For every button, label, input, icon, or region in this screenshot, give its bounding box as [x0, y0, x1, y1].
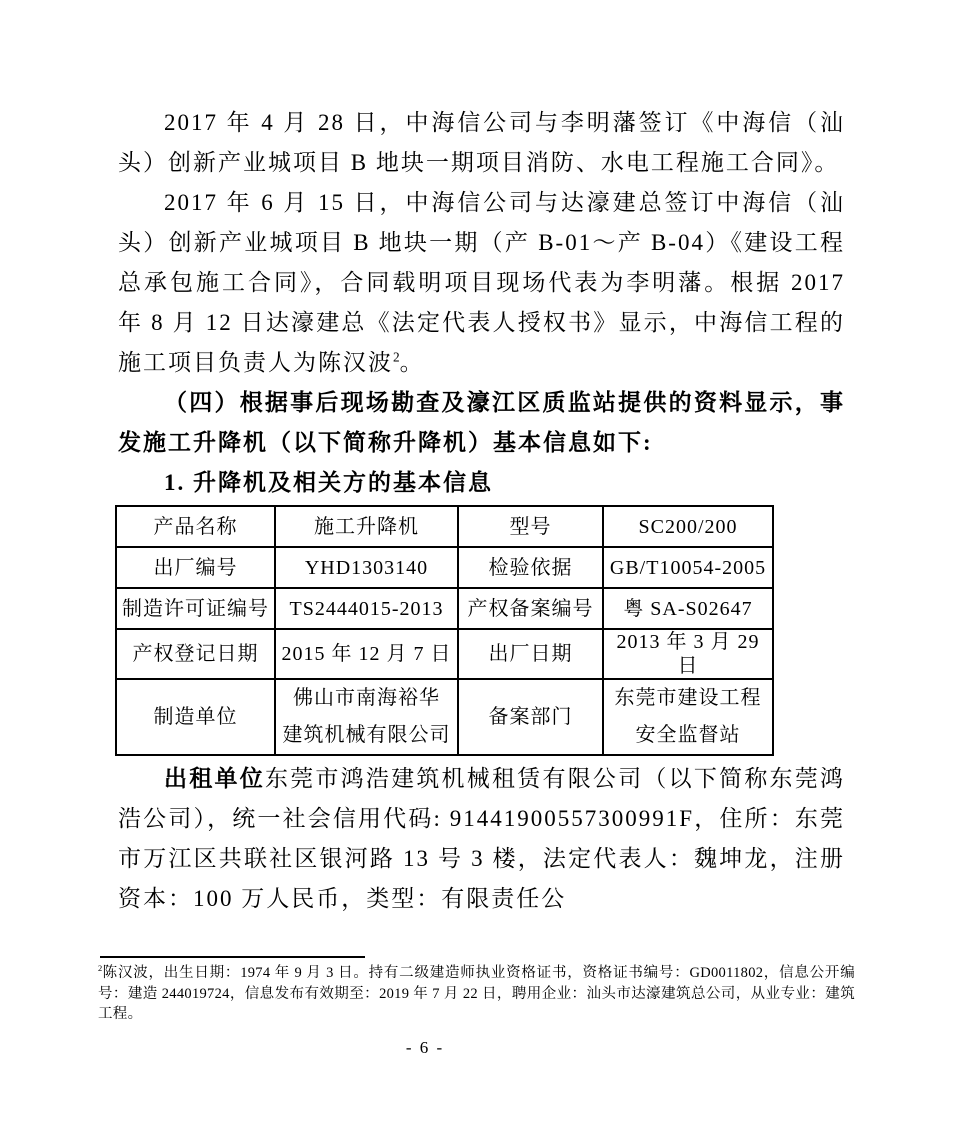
hoist-info-table: 产品名称 施工升降机 型号 SC200/200 出厂编号 YHD1303140 … [115, 505, 774, 756]
paragraph-text-end: 。 [400, 350, 425, 375]
paragraph-contract-2: 2017 年 6 月 15 日，中海信公司与达濠建总签订中海信（汕头）创新产业城… [118, 183, 845, 383]
table-row: 出厂编号 YHD1303140 检验依据 GB/T10054-2005 [116, 547, 773, 588]
table-cell-label: 出厂编号 [116, 547, 275, 588]
table-cell-value: 施工升降机 [275, 506, 458, 547]
table-cell-value: 2013 年 3 月 29 日 [603, 629, 773, 679]
footnote: 2陈汉波，出生日期：1974 年 9 月 3 日。持有二级建造师执业资格证书，资… [98, 963, 855, 1025]
table-cell-value: 佛山市南海裕华 建筑机械有限公司 [275, 679, 458, 755]
table-row: 产品名称 施工升降机 型号 SC200/200 [116, 506, 773, 547]
footnote-separator [100, 956, 365, 958]
footnote-text: 陈汉波，出生日期：1974 年 9 月 3 日。持有二级建造师执业资格证书，资格… [98, 965, 855, 1022]
table-cell-label: 制造单位 [116, 679, 275, 755]
paragraph-text: 2017 年 4 月 28 日，中海信公司与李明藩签订《中海信（汕头）创新产业城… [118, 110, 845, 175]
table-cell-label: 产权备案编号 [458, 588, 603, 629]
table-cell-value: 东莞市建设工程 安全监督站 [603, 679, 773, 755]
table-cell-label: 出厂日期 [458, 629, 603, 679]
paragraph-contract-1: 2017 年 4 月 28 日，中海信公司与李明藩签订《中海信（汕头）创新产业城… [118, 103, 845, 183]
table-cell-value: GB/T10054-2005 [603, 547, 773, 588]
table-row: 制造单位 佛山市南海裕华 建筑机械有限公司 备案部门 东莞市建设工程 安全监督站 [116, 679, 773, 755]
section-heading-4: （四）根据事后现场勘查及濠江区质监站提供的资料显示，事发施工升降机（以下简称升降… [118, 383, 845, 463]
table-cell-label: 检验依据 [458, 547, 603, 588]
table-cell-label: 制造许可证编号 [116, 588, 275, 629]
table-cell-value: TS2444015-2013 [275, 588, 458, 629]
table-row: 制造许可证编号 TS2444015-2013 产权备案编号 粤 SA-S0264… [116, 588, 773, 629]
page-number: - 6 - [375, 1038, 475, 1058]
table-title: 1. 升降机及相关方的基本信息 [118, 463, 845, 503]
paragraph-lessor: 出租单位东莞市鸿浩建筑机械租赁有限公司（以下简称东莞鸿浩公司），统一社会信用代码… [118, 759, 845, 919]
table-cell-label: 型号 [458, 506, 603, 547]
paragraph-text: 2017 年 6 月 15 日，中海信公司与达濠建总签订中海信（汕头）创新产业城… [118, 190, 845, 375]
table-cell-value: 粤 SA-S02647 [603, 588, 773, 629]
footnote-ref-2: 2 [393, 349, 400, 364]
document-page: 2017 年 4 月 28 日，中海信公司与李明藩签订《中海信（汕头）创新产业城… [0, 0, 960, 1122]
lessor-label: 出租单位 [164, 766, 265, 791]
table-cell-value: 2015 年 12 月 7 日 [275, 629, 458, 679]
table-cell-label: 备案部门 [458, 679, 603, 755]
document-body: 2017 年 4 月 28 日，中海信公司与李明藩签订《中海信（汕头）创新产业城… [118, 103, 845, 919]
table-cell-label: 产品名称 [116, 506, 275, 547]
table-cell-label: 产权登记日期 [116, 629, 275, 679]
table-cell-value: SC200/200 [603, 506, 773, 547]
table-cell-value: YHD1303140 [275, 547, 458, 588]
table-row: 产权登记日期 2015 年 12 月 7 日 出厂日期 2013 年 3 月 2… [116, 629, 773, 679]
